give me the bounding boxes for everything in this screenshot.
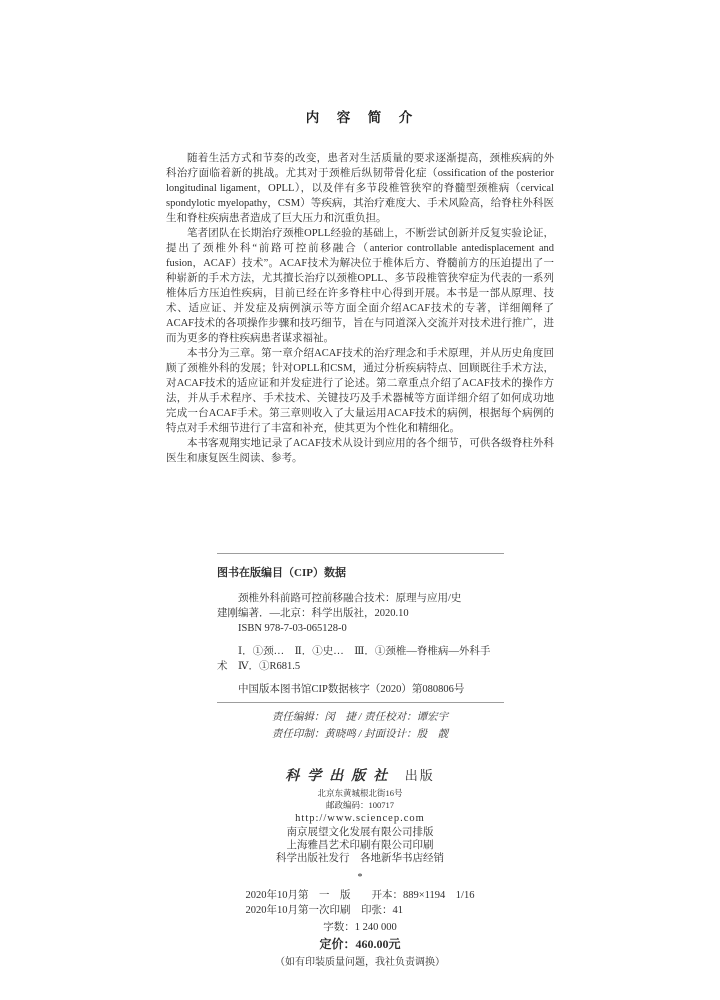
cip-class-line: 术 Ⅳ．①R681.5 (217, 659, 504, 674)
intro-paragraph: 本书分为三章。第一章介绍ACAF技术的治疗理念和手术原理，并从历史角度回顾了颈椎… (166, 346, 554, 436)
staff-line-editors: 责任编辑：闵 捷 / 责任校对：谭宏宇 (0, 709, 720, 726)
press-name-logotype: 科学出版社 (285, 769, 395, 784)
cip-heading: 图书在版编目（CIP）数据 (217, 566, 504, 581)
price-line: 定价：460.00元 (0, 937, 720, 952)
distribution-line: 科学出版社发行 各地新华书店经销 (0, 852, 720, 865)
intro-paragraph: 笔者团队在长期治疗颈椎OPLL经验的基础上，不断尝试创新并反复实验论证，提出了颈… (166, 226, 554, 346)
impression-line: 2020年10月第一次印刷 印张：41 (246, 903, 475, 919)
edition-line: 2020年10月第 一 版 开本：889×1194 1/16 (246, 888, 475, 904)
cip-class-line: Ⅰ．①颈… Ⅱ．①史… Ⅲ．①颈椎—脊椎病—外科手 (217, 644, 504, 659)
printing-company: 上海雅昌艺术印刷有限公司印刷 (0, 839, 720, 852)
press-role-label: 出版 (405, 768, 435, 783)
book-copyright-page: 内 容 简 介 随着生活方式和节奏的改变，患者对生活质量的要求逐渐提高，颈椎疾病… (0, 0, 720, 1000)
staff-line-print-design: 责任印制：黄晓鸣 / 封面设计：殷 靓 (0, 726, 720, 743)
press-address: 北京东黄城根北街16号 (0, 788, 720, 800)
print-info-block: 2020年10月第 一 版 开本：889×1194 1/16 2020年10月第… (0, 888, 720, 919)
press-postcode: 邮政编码：100717 (0, 800, 720, 812)
print-info-inner: 2020年10月第 一 版 开本：889×1194 1/16 2020年10月第… (246, 888, 475, 919)
press-line: 科学出版社 出版 (0, 767, 720, 786)
intro-paragraph: 随着生活方式和节奏的改变，患者对生活质量的要求逐渐提高，颈椎疾病的外科治疗面临着… (166, 151, 554, 226)
isbn-line: ISBN 978-7-03-065128-0 (217, 621, 504, 636)
cip-bottom-divider (217, 702, 504, 703)
exchange-note: （如有印装质量问题，我社负责调换） (0, 956, 720, 970)
cip-classification: Ⅰ．①颈… Ⅱ．①史… Ⅲ．①颈椎—脊椎病—外科手 术 Ⅳ．①R681.5 (217, 644, 504, 674)
cip-block: 图书在版编目（CIP）数据 颈椎外科前路可控前移融合技术：原理与应用/史 建刚编… (217, 566, 504, 697)
staff-credits: 责任编辑：闵 捷 / 责任校对：谭宏宇 责任印制：黄晓鸣 / 封面设计：殷 靓 (0, 709, 720, 743)
cip-record: 颈椎外科前路可控前移融合技术：原理与应用/史 建刚编著．—北京：科学出版社，20… (217, 591, 504, 636)
intro-paragraph: 本书客观翔实地记录了ACAF技术从设计到应用的各个细节，可供各级脊柱外科医生和康… (166, 436, 554, 466)
word-count-line: 字数：1 240 000 (0, 921, 720, 935)
asterisk-separator: * (0, 871, 720, 885)
cip-record-line: 颈椎外科前路可控前移融合技术：原理与应用/史 (217, 591, 504, 606)
cip-top-divider (217, 553, 504, 554)
cip-record-line: 建刚编著．—北京：科学出版社，2020.10 (217, 606, 504, 621)
page-title: 内 容 简 介 (0, 0, 720, 126)
press-website: http://www.sciencep.com (0, 812, 720, 826)
content-introduction: 随着生活方式和节奏的改变，患者对生活质量的要求逐渐提高，颈椎疾病的外科治疗面临着… (166, 151, 554, 466)
cip-registry-number: 中国版本图书馆CIP数据核字（2020）第080806号 (217, 682, 504, 697)
publisher-block: 科学出版社 出版 北京东黄城根北街16号 邮政编码：100717 http://… (0, 767, 720, 970)
typesetting-company: 南京展望文化发展有限公司排版 (0, 826, 720, 839)
